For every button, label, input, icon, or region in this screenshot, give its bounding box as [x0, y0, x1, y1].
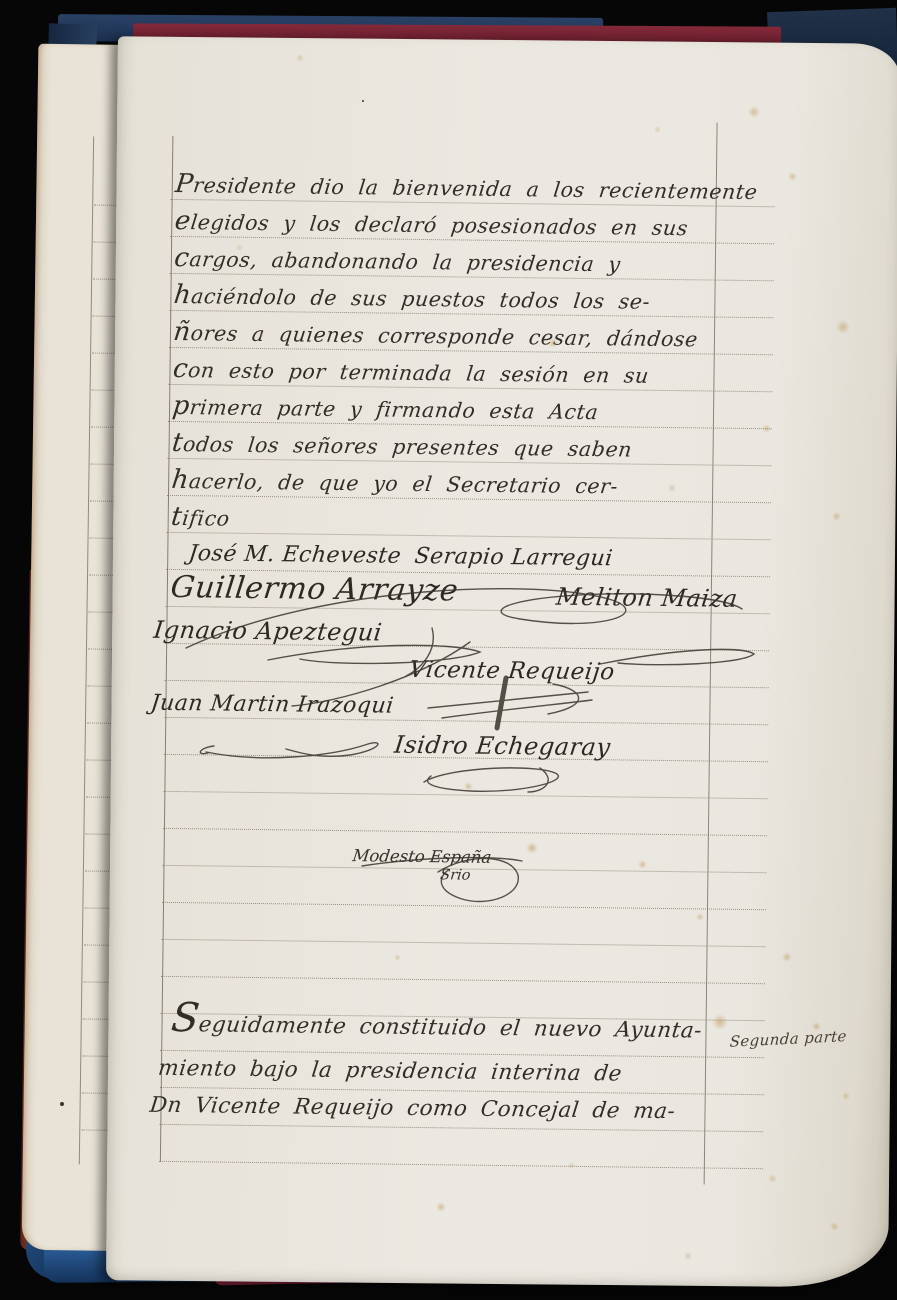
photographed-book-page: Presidente dio la bienvenida a los recie… — [0, 0, 897, 1300]
secretary-title: Srio — [439, 867, 471, 883]
manuscript-line: haciéndolo de sus puestos todos los se- — [172, 280, 652, 316]
manuscript-line: Seguidamente constituido el nuevo Ayunta… — [169, 1008, 704, 1043]
signature: Ignacio Apeztegui — [152, 616, 383, 647]
manuscript-page: Presidente dio la bienvenida a los recie… — [106, 36, 897, 1287]
manuscript-line: tifico — [170, 502, 232, 533]
signature: José M. Echeveste — [187, 541, 402, 569]
signature: Serapio Larregui — [413, 544, 614, 571]
manuscript-line: primera parte y firmando esta Acta — [171, 391, 600, 426]
manuscript-line: Dn Vicente Requeijo como Concejal de ma- — [148, 1093, 676, 1124]
signature: Juan Martin Irazoqui — [149, 691, 395, 719]
margin-note: Segunda parte — [729, 1027, 847, 1051]
left-margin-line — [160, 136, 174, 1162]
signature: Isidro Echegaray — [393, 731, 612, 762]
manuscript-line: miento bajo la presidencia interina de — [157, 1056, 624, 1087]
manuscript-line: hacerlo, de que yo el Secretario cer- — [170, 465, 620, 500]
signature: Meliton Maiza — [555, 583, 740, 613]
signature: Guillermo Arrayze — [169, 570, 461, 608]
manuscript-line: todos los señores presentes que saben — [170, 428, 634, 464]
signature: Vicente Requeijo — [408, 657, 616, 685]
manuscript-line: ñores a quienes corresponde cesar, dándo… — [172, 317, 700, 353]
manuscript-line: con esto por terminada la sesión en su — [171, 354, 651, 390]
secretary-signature: Modesto España — [352, 846, 493, 867]
previous-page-margin-line — [79, 137, 94, 1165]
manuscript-line: elegidos y los declaró posesionados en s… — [173, 206, 690, 242]
